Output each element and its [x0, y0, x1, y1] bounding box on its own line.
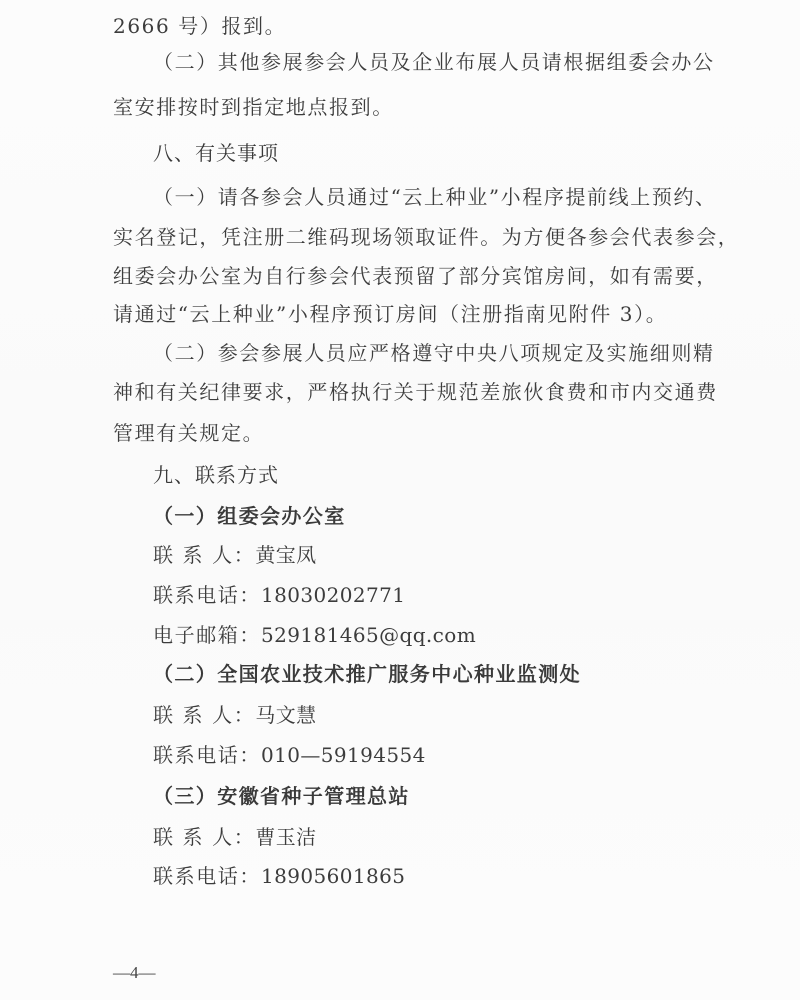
contact-phone-row: 联系电话：18905601865 [153, 864, 405, 888]
contact-person-row: 联 系 人：黄宝凤 [153, 543, 317, 567]
contact-person-name: 马文慧 [255, 703, 316, 727]
paragraph-line: （二）其他参展参会人员及企业布展人员请根据组委会办公 [153, 50, 715, 74]
paragraph-line: 实名登记，凭注册二维码现场领取证件。为方便各参会代表参会， [113, 225, 739, 249]
contact-person-label: 联 系 人： [153, 825, 255, 849]
contact-person-row: 联 系 人：马文慧 [153, 703, 317, 727]
section-heading-8: 八、有关事项 [153, 141, 279, 165]
contact-email-label: 电子邮箱： [153, 623, 261, 647]
section-heading-9: 九、联系方式 [153, 463, 279, 487]
paragraph-line: 组委会办公室为自行参会代表预留了部分宾馆房间，如有需要， [113, 264, 718, 288]
contact-org-heading: （二）全国农业技术推广服务中心种业监测处 [153, 662, 581, 686]
contact-email-value: 529181465@qq.com [261, 623, 476, 647]
contact-phone-value: 010—59194554 [261, 743, 426, 767]
contact-org-heading: （三）安徽省种子管理总站 [153, 784, 410, 808]
contact-phone-row: 联系电话：18030202771 [153, 583, 405, 607]
paragraph-line: （一）请各参会人员通过“云上种业”小程序提前线上预约、 [153, 185, 717, 209]
page-number: —4— [113, 963, 156, 983]
contact-phone-label: 联系电话： [153, 583, 261, 607]
contact-phone-value: 18030202771 [261, 583, 405, 607]
contact-email-row: 电子邮箱：529181465@qq.com [153, 623, 476, 647]
contact-person-row: 联 系 人：曹玉洁 [153, 825, 317, 849]
paragraph-line: （二）参会参展人员应严格遵守中央八项规定及实施细则精 [153, 341, 715, 365]
contact-phone-value: 18905601865 [261, 864, 405, 888]
paragraph-line: 室安排按时到指定地点报到。 [113, 95, 394, 119]
contact-person-label: 联 系 人： [153, 703, 255, 727]
paragraph-line: 神和有关纪律要求，严格执行关于规范差旅伙食费和市内交通费 [113, 380, 718, 404]
contact-org-heading: （一）组委会办公室 [153, 504, 346, 528]
contact-phone-label: 联系电话： [153, 743, 261, 767]
paragraph-line: 请通过“云上种业”小程序预订房间（注册指南见附件 3）。 [113, 302, 667, 326]
contact-phone-row: 联系电话：010—59194554 [153, 743, 426, 767]
paragraph-line: 2666 号）报到。 [113, 14, 286, 38]
document-page: 2666 号）报到。 （二）其他参展参会人员及企业布展人员请根据组委会办公 室安… [0, 0, 800, 1000]
contact-person-label: 联 系 人： [153, 543, 255, 567]
contact-person-name: 黄宝凤 [255, 543, 316, 567]
contact-phone-label: 联系电话： [153, 864, 261, 888]
paragraph-line: 管理有关规定。 [113, 421, 264, 445]
contact-person-name: 曹玉洁 [255, 825, 316, 849]
